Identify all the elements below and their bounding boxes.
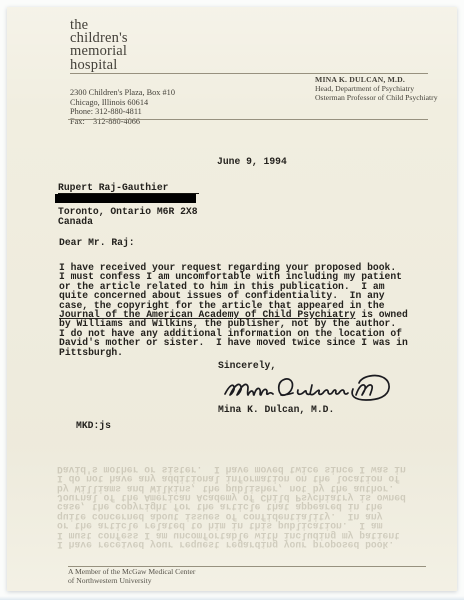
recipient-city: Toronto, Ontario M6R 2X8 (58, 207, 198, 216)
hospital-address: 2300 Children's Plaza, Box #10 Chicago, … (70, 88, 175, 126)
recipient-country: Canada (58, 217, 93, 226)
scanned-letter: the children's memorial hospital MINA K.… (0, 0, 464, 600)
scan-edge-shadow (0, 596, 464, 600)
letterhead-divider-bottom (68, 119, 428, 120)
letter-body: I have received your request regarding y… (59, 263, 408, 357)
redaction-bar (55, 194, 196, 203)
bleed-text-2: Journal of the American Academy of Child… (57, 492, 354, 503)
physician-title-1: Head, Department of Psychiatry (315, 84, 438, 93)
bleed-through-text: I have received your request regarding y… (57, 465, 425, 549)
salutation: Dear Mr. Raj: (59, 238, 135, 247)
letter-page: the children's memorial hospital MINA K.… (7, 7, 457, 591)
physician-block: MINA K. DULCAN, M.D. Head, Department of… (315, 75, 438, 103)
body-text-before-journal: I have received your request regarding y… (59, 262, 402, 311)
footer-membership: A Member of the McGaw Medical Center of … (68, 568, 195, 586)
reference-initials: MKD:js (76, 421, 111, 430)
letter-date: June 9, 1994 (217, 157, 287, 166)
physician-title-2: Osterman Professor of Child Psychiatry (315, 93, 438, 102)
handwritten-signature (222, 369, 402, 405)
letterhead-divider-top (70, 73, 428, 74)
signature-typed-name: Mina K. Dulcan, M.D. (218, 405, 334, 414)
hospital-logo: the children's memorial hospital (70, 19, 128, 72)
physician-name: MINA K. DULCAN, M.D. (315, 75, 438, 84)
bleed-text-1: I have received your request regarding y… (57, 501, 400, 549)
recipient-name: Rupert Raj-Gauthier (58, 183, 199, 194)
